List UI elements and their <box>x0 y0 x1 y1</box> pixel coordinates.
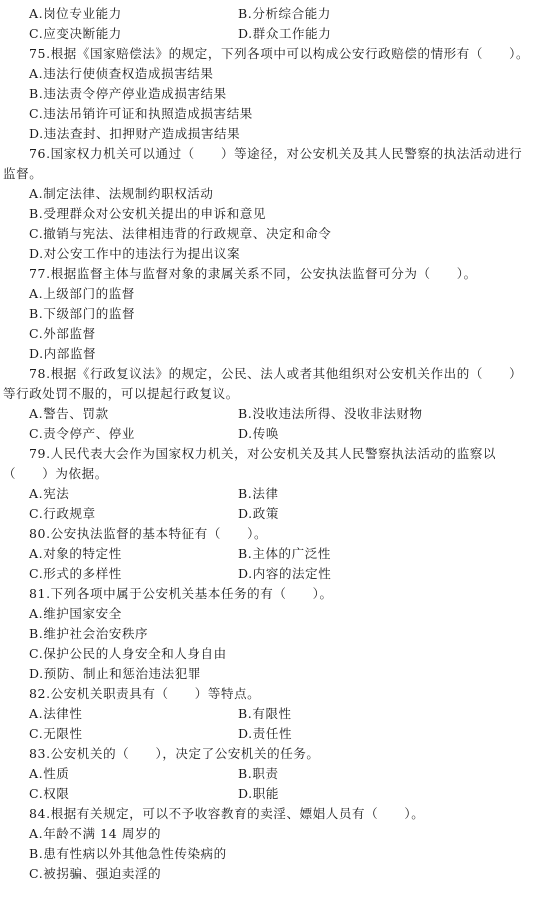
answer-option: A.对象的特定性 <box>29 546 122 562</box>
question-stem: 82.公安机关职责具有（ ）等特点。 <box>29 686 260 702</box>
answer-option: D.职能 <box>238 786 279 802</box>
question-stem: 75.根据《国家赔偿法》的规定，下列各项中可以构成公安行政赔偿的情形有（ ）。 <box>29 46 529 62</box>
answer-option: B.维护社会治安秩序 <box>29 626 148 642</box>
answer-option: B.有限性 <box>238 706 292 722</box>
answer-option: D.对公安工作中的违法行为提出议案 <box>29 246 240 262</box>
answer-option: B.法律 <box>238 486 279 502</box>
question-stem: 79.人民代表大会作为国家权力机关，对公安机关及其人民警察执法活动的监察以 <box>29 446 496 462</box>
answer-option: C.撤销与宪法、法律相违背的行政规章、决定和命令 <box>29 226 332 242</box>
answer-option: D.责任性 <box>238 726 292 742</box>
question-stem: 80.公安执法监督的基本特征有（ ）。 <box>29 526 267 542</box>
answer-option: C.责令停产、停业 <box>29 426 135 442</box>
answer-option: B.违法责令停产停业造成损害结果 <box>29 86 227 102</box>
answer-option: B.分析综合能力 <box>238 6 331 22</box>
answer-option: C.保护公民的人身安全和人身自由 <box>29 646 227 662</box>
answer-option: B.没收违法所得、没收非法财物 <box>238 406 423 422</box>
answer-option: B.主体的广泛性 <box>238 546 331 562</box>
question-stem: 81.下列各项中属于公安机关基本任务的有（ ）。 <box>29 586 333 602</box>
answer-option: A.法律性 <box>29 706 83 722</box>
answer-option: A.年龄不满 14 周岁的 <box>29 826 161 842</box>
answer-option: B.受理群众对公安机关提出的申诉和意见 <box>29 206 266 222</box>
question-stem-continuation: 监督。 <box>3 166 42 182</box>
question-stem: 78.根据《行政复议法》的规定，公民、法人或者其他组织对公安机关作出的（ ） <box>29 366 522 382</box>
answer-option: A.制定法律、法规制约职权活动 <box>29 186 214 202</box>
answer-option: C.权限 <box>29 786 70 802</box>
answer-option: D.传唤 <box>238 426 279 442</box>
answer-option: C.应变决断能力 <box>29 26 122 42</box>
question-stem: 77.根据监督主体与监督对象的隶属关系不同，公安执法监督可分为（ ）。 <box>29 266 477 282</box>
answer-option: C.外部监督 <box>29 326 96 342</box>
answer-option: A.违法行使侦查权造成损害结果 <box>29 66 214 82</box>
answer-option: A.性质 <box>29 766 69 782</box>
answer-option: C.无限性 <box>29 726 83 742</box>
question-stem: 83.公安机关的（ ），决定了公安机关的任务。 <box>29 746 320 762</box>
answer-option: D.内容的法定性 <box>238 566 331 582</box>
question-stem: 84.根据有关规定，可以不予收容教育的卖淫、嫖娼人员有（ ）。 <box>29 806 424 822</box>
answer-option: B.患有性病以外其他急性传染病的 <box>29 846 227 862</box>
answer-option: B.下级部门的监督 <box>29 306 135 322</box>
answer-option: A.警告、罚款 <box>29 406 109 422</box>
answer-option: C.被拐骗、强迫卖淫的 <box>29 866 161 882</box>
answer-option: A.上级部门的监督 <box>29 286 135 302</box>
answer-option: D.内部监督 <box>29 346 96 362</box>
question-stem-continuation: 等行政处罚不服的，可以提起行政复议。 <box>3 386 239 402</box>
answer-option: C.形式的多样性 <box>29 566 122 582</box>
answer-option: D.违法查封、扣押财产造成损害结果 <box>29 126 240 142</box>
answer-option: A.宪法 <box>29 486 69 502</box>
answer-option: A.维护国家安全 <box>29 606 122 622</box>
answer-option: D.群众工作能力 <box>238 26 331 42</box>
answer-option: D.预防、制止和惩治违法犯罪 <box>29 666 201 682</box>
answer-option: B.职责 <box>238 766 279 782</box>
question-stem-continuation: （ ）为依据。 <box>3 466 108 482</box>
answer-option: C.行政规章 <box>29 506 96 522</box>
answer-option: D.政策 <box>238 506 279 522</box>
question-stem: 76.国家权力机关可以通过（ ）等途径，对公安机关及其人民警察的执法活动进行 <box>29 146 522 162</box>
answer-option: C.违法吊销许可证和执照造成损害结果 <box>29 106 253 122</box>
answer-option: A.岗位专业能力 <box>29 6 122 22</box>
